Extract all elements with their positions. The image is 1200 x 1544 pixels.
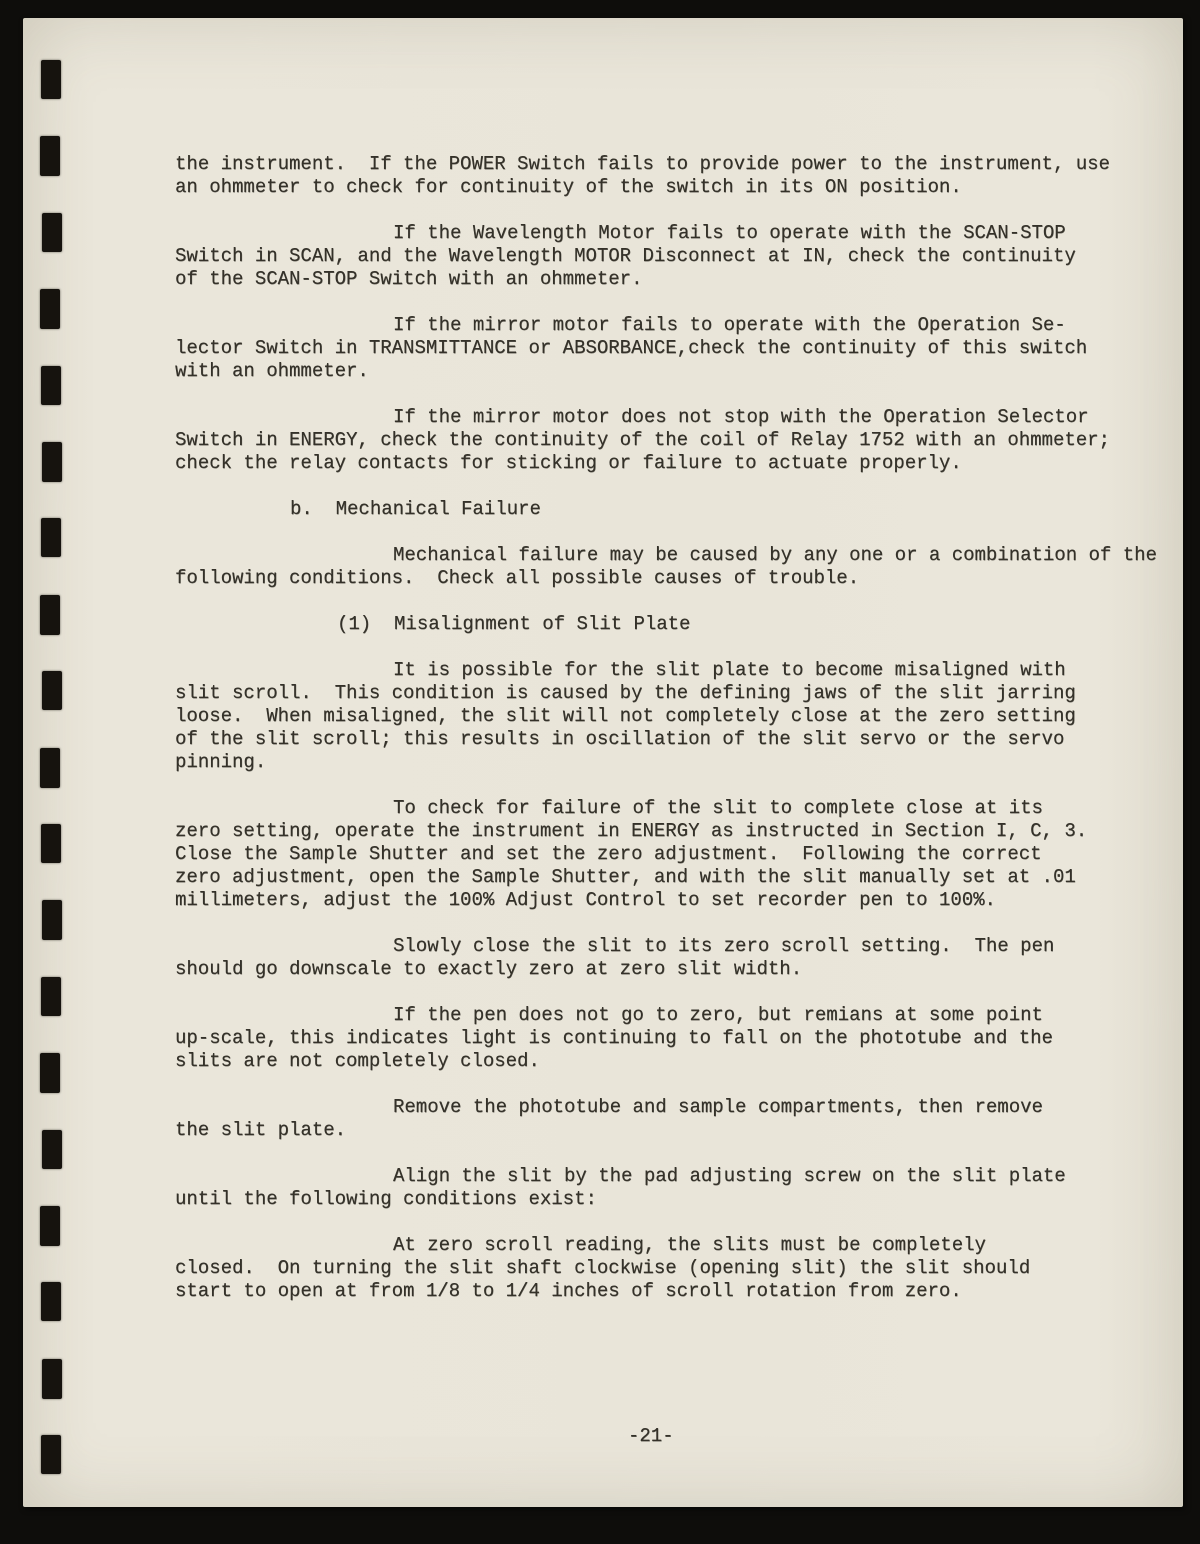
page-number: -21- xyxy=(628,1425,674,1448)
binding-hole xyxy=(40,1206,60,1246)
binding-hole xyxy=(41,1435,61,1474)
numbered-heading: (1) Misalignment of Slit Plate xyxy=(175,613,1153,636)
text-line: closed. On turning the slit shaft clockw… xyxy=(175,1257,1153,1280)
text-line: zero setting, operate the instrument in … xyxy=(175,820,1153,843)
text-line: up-scale, this indicates light is contin… xyxy=(175,1027,1153,1050)
text-line: the instrument. If the POWER Switch fail… xyxy=(175,153,1153,176)
body-paragraph: Mechanical failure may be caused by any … xyxy=(175,544,1153,590)
text-line: It is possible for the slit plate to bec… xyxy=(175,659,1153,682)
body-paragraph: At zero scroll reading, the slits must b… xyxy=(175,1234,1153,1303)
binding-hole xyxy=(41,366,61,405)
document-body: the instrument. If the POWER Switch fail… xyxy=(175,153,1153,1326)
binding-hole xyxy=(40,1053,60,1093)
body-paragraph: If the Wavelength Motor fails to operate… xyxy=(175,222,1153,291)
body-paragraph: It is possible for the slit plate to bec… xyxy=(175,659,1153,774)
text-line: If the Wavelength Motor fails to operate… xyxy=(175,222,1153,245)
text-line: pinning. xyxy=(175,751,1153,774)
body-paragraph: If the mirror motor fails to operate wit… xyxy=(175,314,1153,383)
text-line: should go downscale to exactly zero at z… xyxy=(175,958,1153,981)
text-line: If the mirror motor fails to operate wit… xyxy=(175,314,1153,337)
text-line: Switch in ENERGY, check the continuity o… xyxy=(175,429,1153,452)
text-line: Mechanical failure may be caused by any … xyxy=(175,544,1153,567)
body-paragraph: Remove the phototube and sample compartm… xyxy=(175,1096,1153,1142)
scanned-page: the instrument. If the POWER Switch fail… xyxy=(23,18,1183,1507)
text-line: of the SCAN-STOP Switch with an ohmmeter… xyxy=(175,268,1153,291)
binding-hole xyxy=(41,977,61,1016)
text-line: check the relay contacts for sticking or… xyxy=(175,452,1153,475)
text-line: until the following conditions exist: xyxy=(175,1188,1153,1211)
text-line: loose. When misaligned, the slit will no… xyxy=(175,705,1153,728)
text-line: If the mirror motor does not stop with t… xyxy=(175,406,1153,429)
text-line: with an ohmmeter. xyxy=(175,360,1153,383)
binding-hole xyxy=(41,518,61,557)
text-line: At zero scroll reading, the slits must b… xyxy=(175,1234,1153,1257)
binding-hole xyxy=(40,595,60,635)
text-line: following conditions. Check all possible… xyxy=(175,567,1153,590)
binding-hole xyxy=(41,60,61,99)
binding-hole xyxy=(42,1130,62,1169)
text-line: Switch in SCAN, and the Wavelength MOTOR… xyxy=(175,245,1153,268)
text-line: Slowly close the slit to its zero scroll… xyxy=(175,935,1153,958)
binding-hole xyxy=(41,824,61,863)
binding-hole xyxy=(40,136,60,176)
text-line: Remove the phototube and sample compartm… xyxy=(175,1096,1153,1119)
heading-text: b. Mechanical Failure xyxy=(175,498,1153,521)
text-line: Align the slit by the pad adjusting scre… xyxy=(175,1165,1153,1188)
binding-hole xyxy=(40,289,60,329)
binding-hole xyxy=(42,213,62,252)
body-paragraph: Align the slit by the pad adjusting scre… xyxy=(175,1165,1153,1211)
body-paragraph: If the pen does not go to zero, but remi… xyxy=(175,1004,1153,1073)
binding-hole xyxy=(42,671,62,710)
body-paragraph: If the mirror motor does not stop with t… xyxy=(175,406,1153,475)
body-paragraph: Slowly close the slit to its zero scroll… xyxy=(175,935,1153,981)
text-line: slit scroll. This condition is caused by… xyxy=(175,682,1153,705)
text-line: zero adjustment, open the Sample Shutter… xyxy=(175,866,1153,889)
binding-hole xyxy=(42,442,62,482)
binding-hole xyxy=(42,900,62,940)
binding-hole xyxy=(40,748,60,788)
text-line: Close the Sample Shutter and set the zer… xyxy=(175,843,1153,866)
text-line: an ohmmeter to check for continuity of t… xyxy=(175,176,1153,199)
body-paragraph: To check for failure of the slit to comp… xyxy=(175,797,1153,912)
heading-text: (1) Misalignment of Slit Plate xyxy=(175,613,1153,636)
subsection-heading: b. Mechanical Failure xyxy=(175,498,1153,521)
text-line: To check for failure of the slit to comp… xyxy=(175,797,1153,820)
text-line: millimeters, adjust the 100% Adjust Cont… xyxy=(175,889,1153,912)
binding-hole xyxy=(42,1359,62,1399)
text-line: If the pen does not go to zero, but remi… xyxy=(175,1004,1153,1027)
text-line: the slit plate. xyxy=(175,1119,1153,1142)
text-line: slits are not completely closed. xyxy=(175,1050,1153,1073)
binding-hole xyxy=(41,1282,61,1321)
text-line: start to open at from 1/8 to 1/4 inches … xyxy=(175,1280,1153,1303)
text-line: lector Switch in TRANSMITTANCE or ABSORB… xyxy=(175,337,1153,360)
body-paragraph: the instrument. If the POWER Switch fail… xyxy=(175,153,1153,199)
text-line: of the slit scroll; this results in osci… xyxy=(175,728,1153,751)
